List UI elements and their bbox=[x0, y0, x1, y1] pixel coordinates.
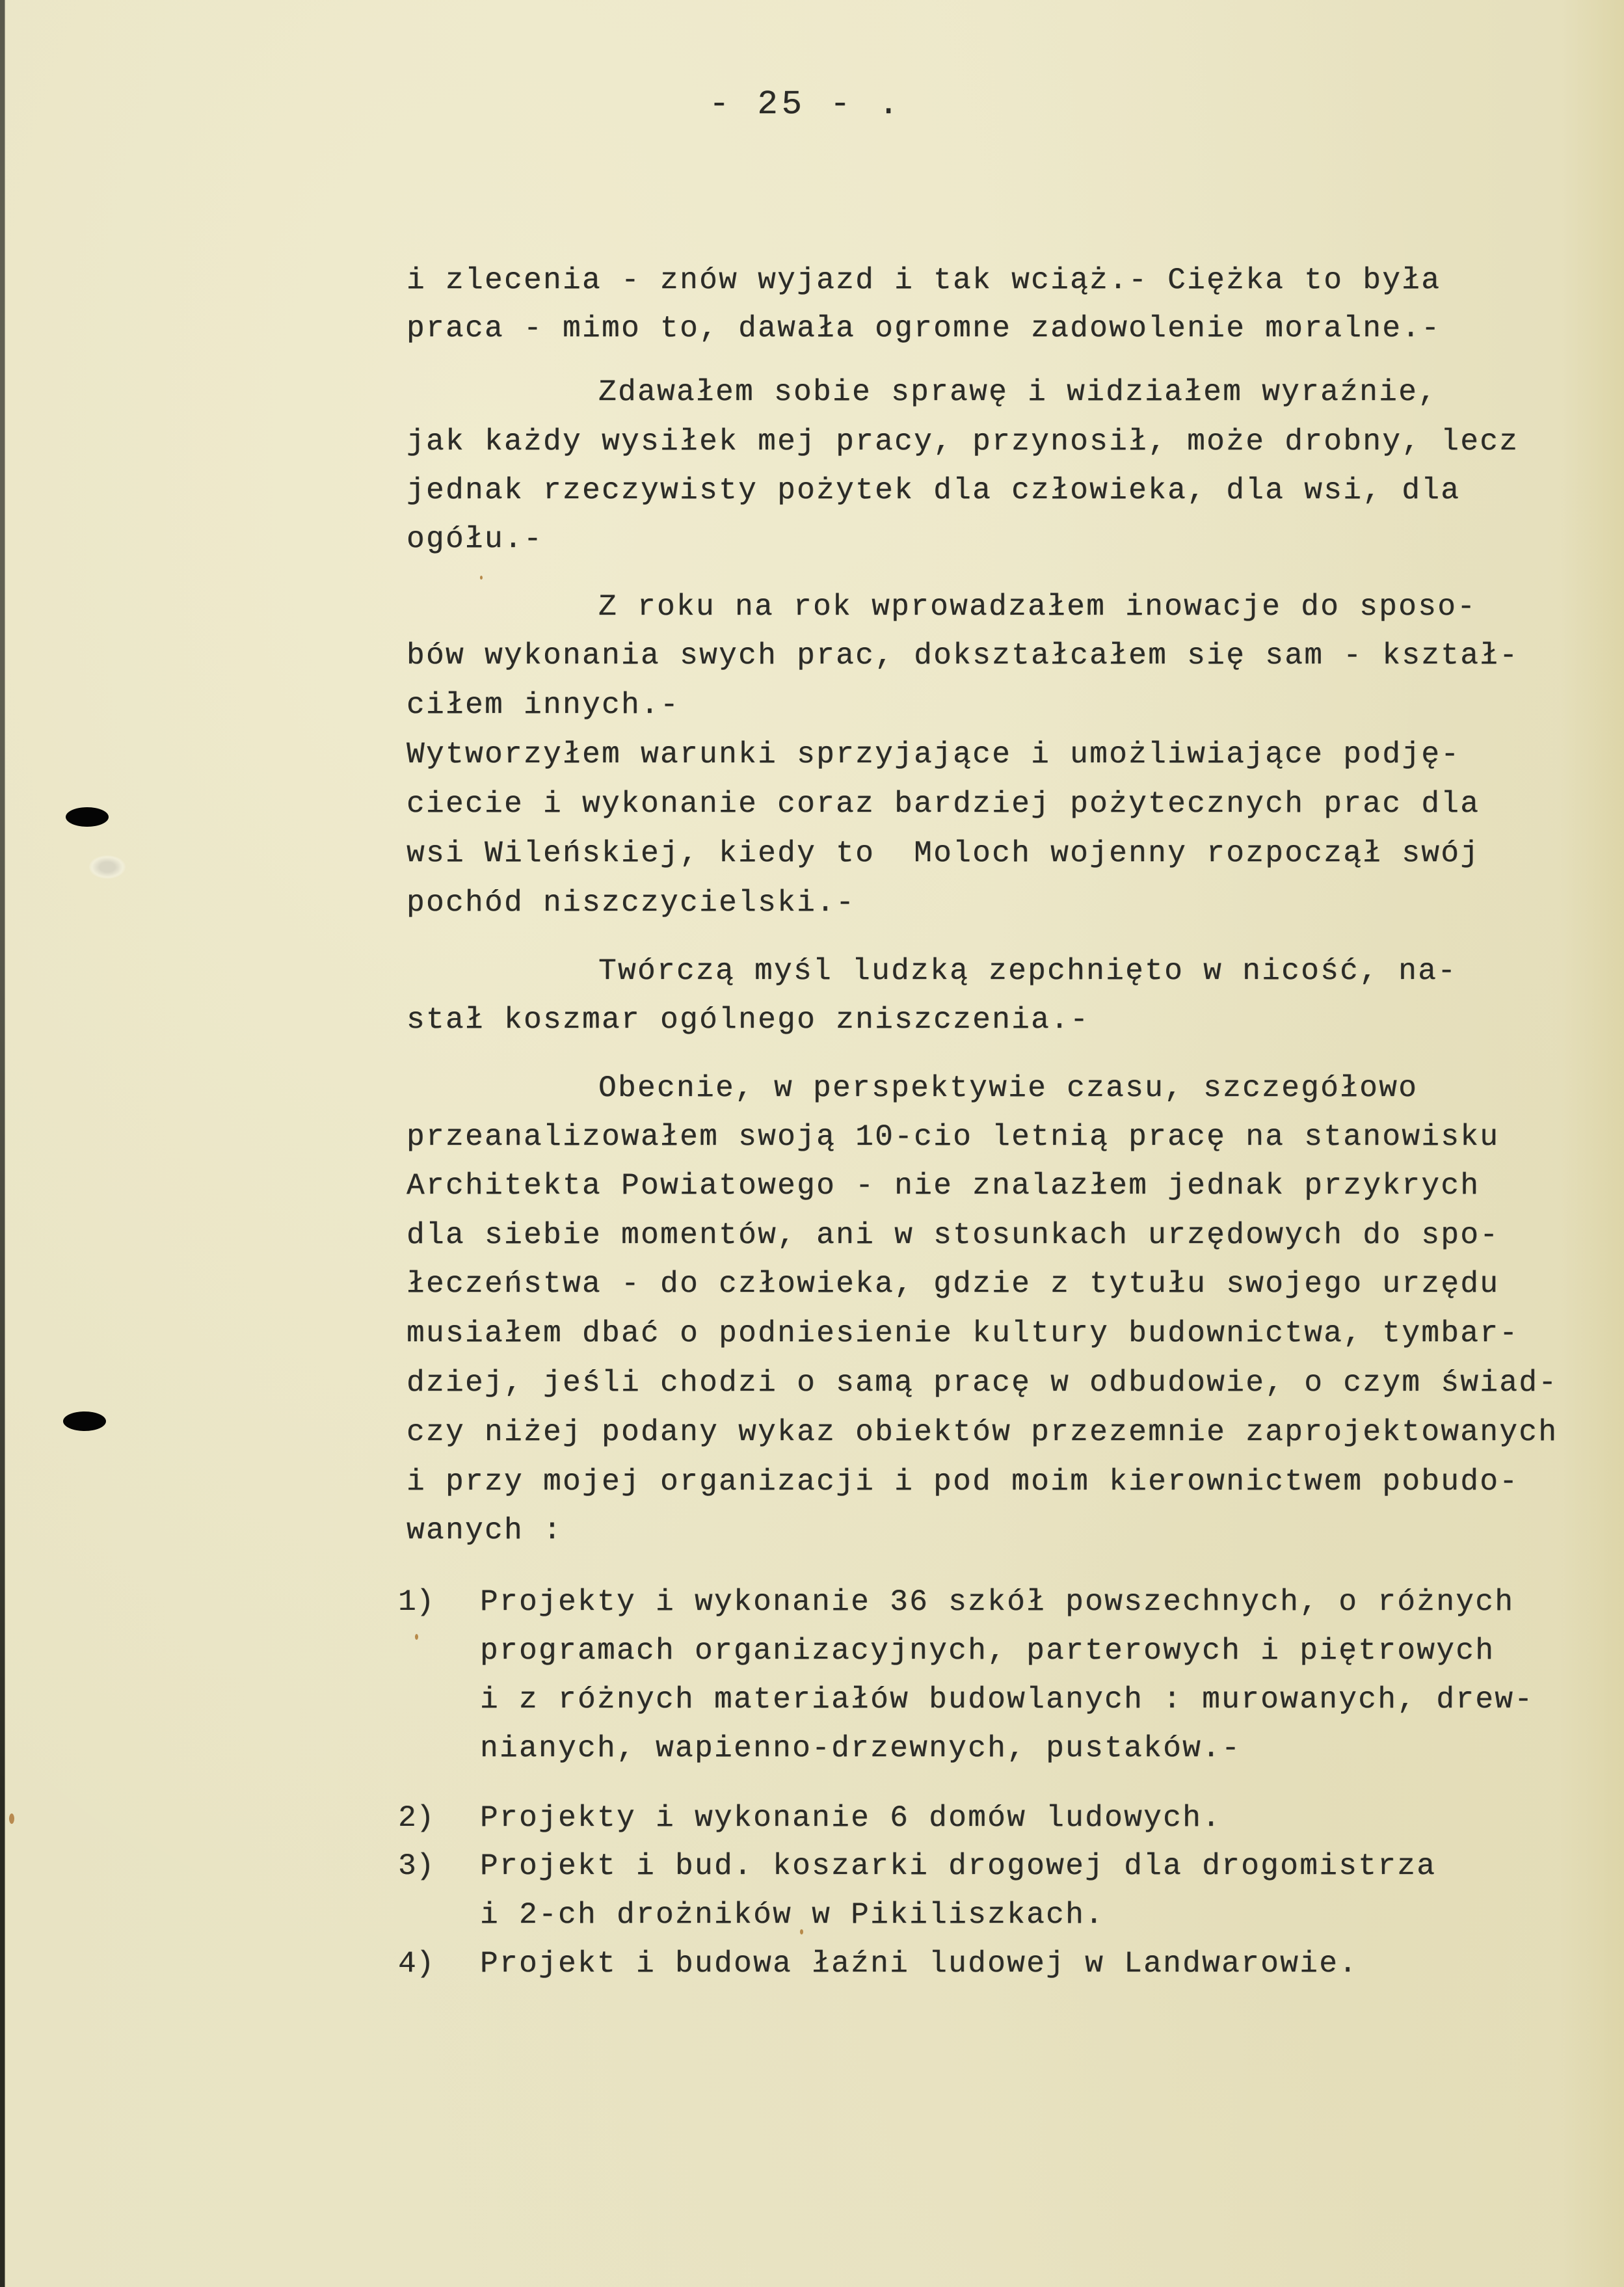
list-item-number: 1) bbox=[398, 1587, 434, 1617]
text-line: jak każdy wysiłek mej pracy, przynosił, … bbox=[406, 427, 1519, 457]
list-item-line: Projekt i budowa łaźni ludowej w Landwar… bbox=[480, 1949, 1358, 1979]
text-line: i przy mojej organizacji i pod moim kier… bbox=[406, 1467, 1519, 1497]
list-item-line: i z różnych materiałów budowlanych : mur… bbox=[480, 1685, 1534, 1715]
text-line: czy niżej podany wykaz obiektów przezemn… bbox=[406, 1417, 1558, 1447]
text-line: Wytworzyłem warunki sprzyjające i umożli… bbox=[406, 740, 1460, 769]
list-item-line: Projekty i wykonanie 6 domów ludowych. bbox=[480, 1803, 1221, 1833]
punch-hole-bottom bbox=[63, 1411, 106, 1431]
text-line: jednak rzeczywisty pożytek dla człowieka… bbox=[406, 475, 1460, 505]
text-line: praca - mimo to, dawała ogromne zadowole… bbox=[406, 314, 1441, 343]
text-line: musiałem dbać o podniesienie kultury bud… bbox=[406, 1318, 1519, 1348]
list-item-number: 4) bbox=[398, 1949, 434, 1979]
text-line: stał koszmar ogólnego zniszczenia.- bbox=[406, 1005, 1089, 1035]
text-line: wsi Wileńskiej, kiedy to Moloch wojenny … bbox=[406, 838, 1480, 868]
list-item-number: 3) bbox=[398, 1851, 434, 1881]
page-number: - 25 - . bbox=[709, 88, 903, 122]
list-item-line: i 2-ch drożników w Pikiliszkach. bbox=[480, 1900, 1104, 1930]
paper-speck bbox=[480, 576, 483, 580]
text-line: dziej, jeśli chodzi o samą pracę w odbud… bbox=[406, 1368, 1558, 1398]
text-line: bów wykonania swych prac, dokształcałem … bbox=[406, 641, 1519, 671]
text-line: ogółu.- bbox=[406, 524, 543, 554]
list-item-line: nianych, wapienno-drzewnych, pustaków.- bbox=[480, 1733, 1241, 1763]
punch-hole-top bbox=[66, 807, 109, 827]
paragraph-first-line: Twórczą myśl ludzką zepchnięto w nicość,… bbox=[598, 956, 1457, 986]
list-item-line: Projekt i bud. koszarki drogowej dla dro… bbox=[480, 1851, 1436, 1881]
list-item-number: 2) bbox=[398, 1803, 434, 1833]
paragraph-first-line: Zdawałem sobie sprawę i widziałem wyraźn… bbox=[598, 377, 1437, 407]
paper-speck bbox=[415, 1634, 418, 1640]
text-line: i zlecenia - znów wyjazd i tak wciąż.- C… bbox=[406, 265, 1441, 295]
text-line: ciecie i wykonanie coraz bardziej pożyte… bbox=[406, 789, 1480, 819]
text-line: przeanalizowałem swoją 10-cio letnią pra… bbox=[406, 1122, 1499, 1152]
text-line: Architekta Powiatowego - nie znalazłem j… bbox=[406, 1171, 1480, 1201]
text-line: łeczeństwa - do człowieka, gdzie z tytuł… bbox=[406, 1269, 1499, 1299]
text-line: wanych : bbox=[406, 1516, 563, 1545]
text-line: pochód niszczycielski.- bbox=[406, 888, 855, 918]
paragraph-first-line: Z roku na rok wprowadzałem inowacje do s… bbox=[598, 592, 1476, 622]
list-item-line: Projekty i wykonanie 36 szkół powszechny… bbox=[480, 1587, 1514, 1617]
paper-stain bbox=[89, 855, 126, 879]
paper-speck bbox=[9, 1813, 14, 1824]
typewritten-page: - 25 - . i zlecenia - znów wyjazd i tak … bbox=[0, 0, 1624, 2287]
text-line: dla siebie momentów, ani w stosunkach ur… bbox=[406, 1220, 1499, 1250]
text-line: ciłem innych.- bbox=[406, 690, 680, 720]
paragraph-first-line: Obecnie, w perspektywie czasu, szczegóło… bbox=[598, 1073, 1418, 1103]
list-item-line: programach organizacyjnych, parterowych … bbox=[480, 1636, 1495, 1666]
